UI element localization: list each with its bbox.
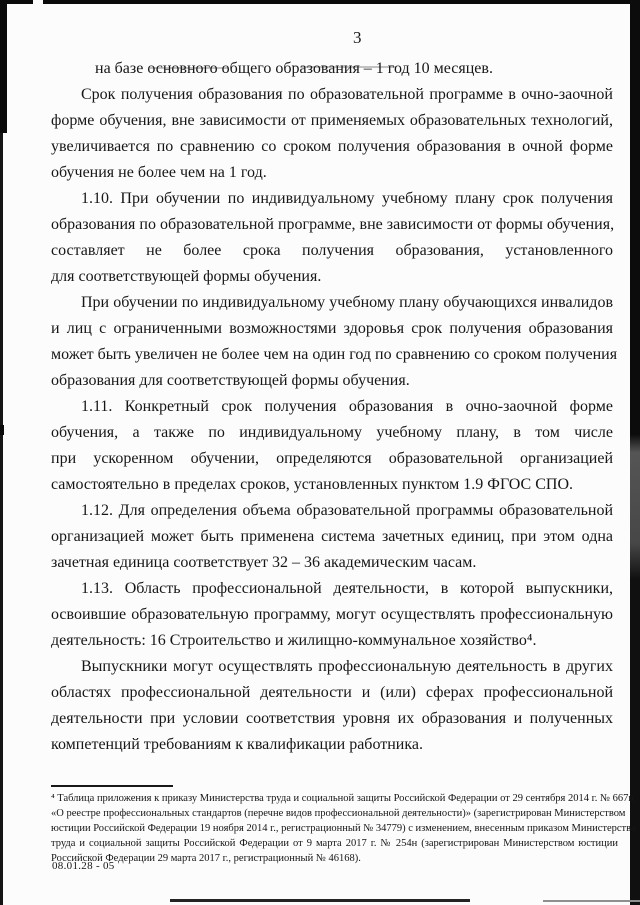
text-line: 1.11. Конкретный срок получения образова… [51, 394, 613, 420]
paragraph: 1.12. Для определения объема образовател… [51, 498, 613, 576]
text-line: обучения не более чем на 1 год. [51, 160, 613, 186]
text-line: деятельности при условии соответствия ур… [51, 706, 613, 732]
text-line: зачетная единица соответствует 32 – 36 а… [51, 550, 613, 576]
text-line: составляет не более срока получения обра… [51, 238, 613, 264]
body-text: на базе основного общего образования – 1… [51, 56, 613, 758]
paragraph: 1.10. При обучении по индивидуальному уч… [51, 186, 613, 290]
text-line: 1.13. Область профессиональной деятельно… [51, 576, 613, 602]
scan-border-top [0, 0, 640, 4]
text-line: Срок получения образования по образовате… [51, 82, 613, 108]
text-line: обучения, а также по индивидуальному уче… [51, 420, 613, 446]
text-line: Выпускники могут осуществлять профессион… [51, 654, 613, 680]
text-line: увеличивается по сравнению со сроком пол… [51, 134, 613, 160]
footnote-line: труда и социальной защиты Российской Фед… [51, 836, 618, 851]
paragraph: Срок получения образования по образовате… [51, 82, 613, 186]
text-line: организацией может быть применена систем… [51, 524, 613, 550]
footnote: ⁴ Таблица приложения к приказу Министерс… [51, 791, 618, 866]
scan-border-left-mark [0, 425, 4, 435]
page-number: 3 [353, 28, 362, 48]
scan-border-top-gap [33, 0, 43, 4]
scan-bottom-edge-line [170, 899, 470, 902]
text-line: может быть увеличен не более чем на один… [51, 342, 613, 368]
text-line: образования по образовательной программе… [51, 212, 613, 238]
footnote-line: Российской Федерации 29 марта 2017 г., р… [51, 851, 618, 866]
footnote-line: юстиции Российской Федерации 19 ноября 2… [51, 821, 618, 836]
paragraph: на базе основного общего образования – 1… [51, 56, 613, 82]
paragraph: При обучении по индивидуальному учебному… [51, 290, 613, 394]
scan-border-left [0, 0, 3, 905]
text-line: форме обучения, вне зависимости от приме… [51, 108, 613, 134]
document-code: 08.01.28 - 05 [52, 860, 115, 872]
text-line: при ускоренном обучении, определяются об… [51, 446, 613, 472]
text-line: самостоятельно в пределах сроков, устано… [51, 472, 613, 498]
text-line: компетенций требованиям к квалификации р… [51, 732, 613, 758]
text-line: При обучении по индивидуальному учебному… [51, 290, 613, 316]
text-line: областях профессиональной деятельности и… [51, 680, 613, 706]
paragraph: Выпускники могут осуществлять профессион… [51, 654, 613, 758]
text-line: образования для соответствующей формы об… [51, 368, 613, 394]
scan-border-left-wedge [0, 0, 7, 133]
text-line: и лиц с ограниченными возможностями здор… [51, 316, 613, 342]
scanned-document-page: 3 на базе основного общего образования –… [0, 0, 640, 905]
footnote-line: «О реестре профессиональных стандартов (… [51, 806, 618, 821]
footnote-line: ⁴ Таблица приложения к приказу Министерс… [51, 791, 618, 806]
scan-bottom-edge-line-light [543, 900, 640, 902]
paragraph: 1.11. Конкретный срок получения образова… [51, 394, 613, 498]
text-line: 1.10. При обучении по индивидуальному уч… [51, 186, 613, 212]
scan-border-right [630, 0, 640, 905]
footnote-separator-rule [51, 785, 173, 787]
text-line: освоившие образовательную программу, мог… [51, 602, 613, 628]
text-line: для соответствующей формы обучения. [51, 264, 613, 290]
paragraph: 1.13. Область профессиональной деятельно… [51, 576, 613, 654]
text-line: 1.12. Для определения объема образовател… [51, 498, 613, 524]
text-line: деятельность: 16 Строительство и жилищно… [51, 628, 613, 654]
text-line: на базе основного общего образования – 1… [51, 56, 613, 82]
